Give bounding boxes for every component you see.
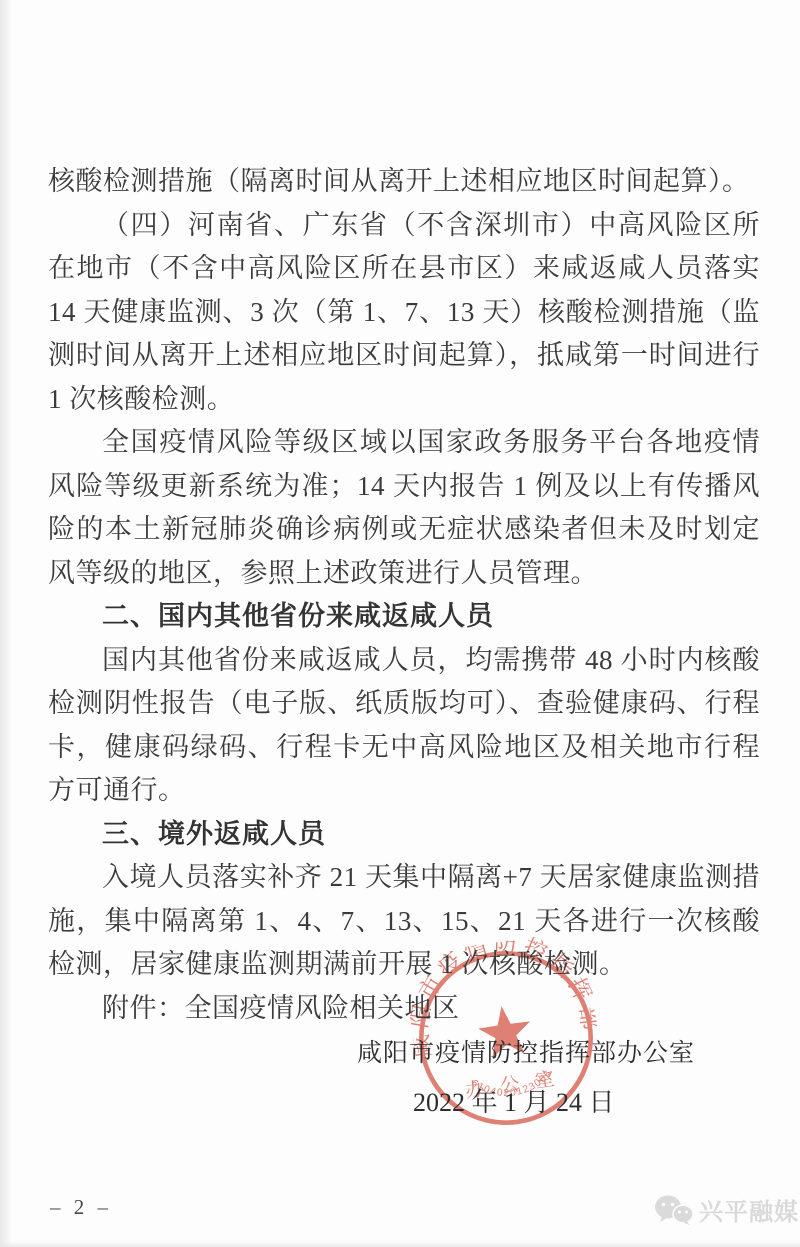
- body-paragraph-risk-levels: 全国疫情风险等级区域以国家政务服务平台各地疫情风险等级更新系统为准；14 天内报…: [48, 421, 760, 595]
- scanned-document-page: { "content": { "paragraphs": [ { "text":…: [0, 0, 800, 1247]
- body-paragraph-overseas: 入境人员落实补齐 21 天集中隔离+7 天居家健康监测措施，集中隔离第 1、4、…: [48, 856, 760, 987]
- document-body: 核酸检测措施（隔离时间从离开上述相应地区时间起算）。 （四）河南省、广东省（不含…: [48, 160, 760, 1030]
- section-heading-2: 二、国内其他省份来咸返咸人员: [48, 595, 760, 639]
- body-paragraph-continuation: 核酸检测措施（隔离时间从离开上述相应地区时间起算）。: [48, 160, 760, 204]
- body-paragraph-other-provinces: 国内其他省份来咸返咸人员，均需携带 48 小时内核酸检测阴性报告（电子版、纸质版…: [48, 639, 760, 813]
- signature-office: 咸阳市疫情防控指挥部办公室: [357, 1033, 695, 1069]
- section-heading-3: 三、境外返咸人员: [48, 813, 760, 857]
- watermark-label: 兴平融媒: [699, 1192, 799, 1227]
- watermark: 兴平融媒: [654, 1192, 799, 1227]
- scan-edge-shading-bottom: [0, 1241, 800, 1247]
- attachment-line: 附件：全国疫情风险相关地区: [48, 987, 760, 1031]
- body-paragraph-item-4: （四）河南省、广东省（不含深圳市）中高风险区所在地市（不含中高风险区所在县市区）…: [48, 204, 760, 422]
- signature-date: 2022 年 1 月 24 日: [413, 1082, 615, 1119]
- page-number: – 2 –: [50, 1195, 112, 1220]
- scan-edge-shading-left: [0, 0, 12, 1247]
- wechat-icon: [654, 1194, 694, 1226]
